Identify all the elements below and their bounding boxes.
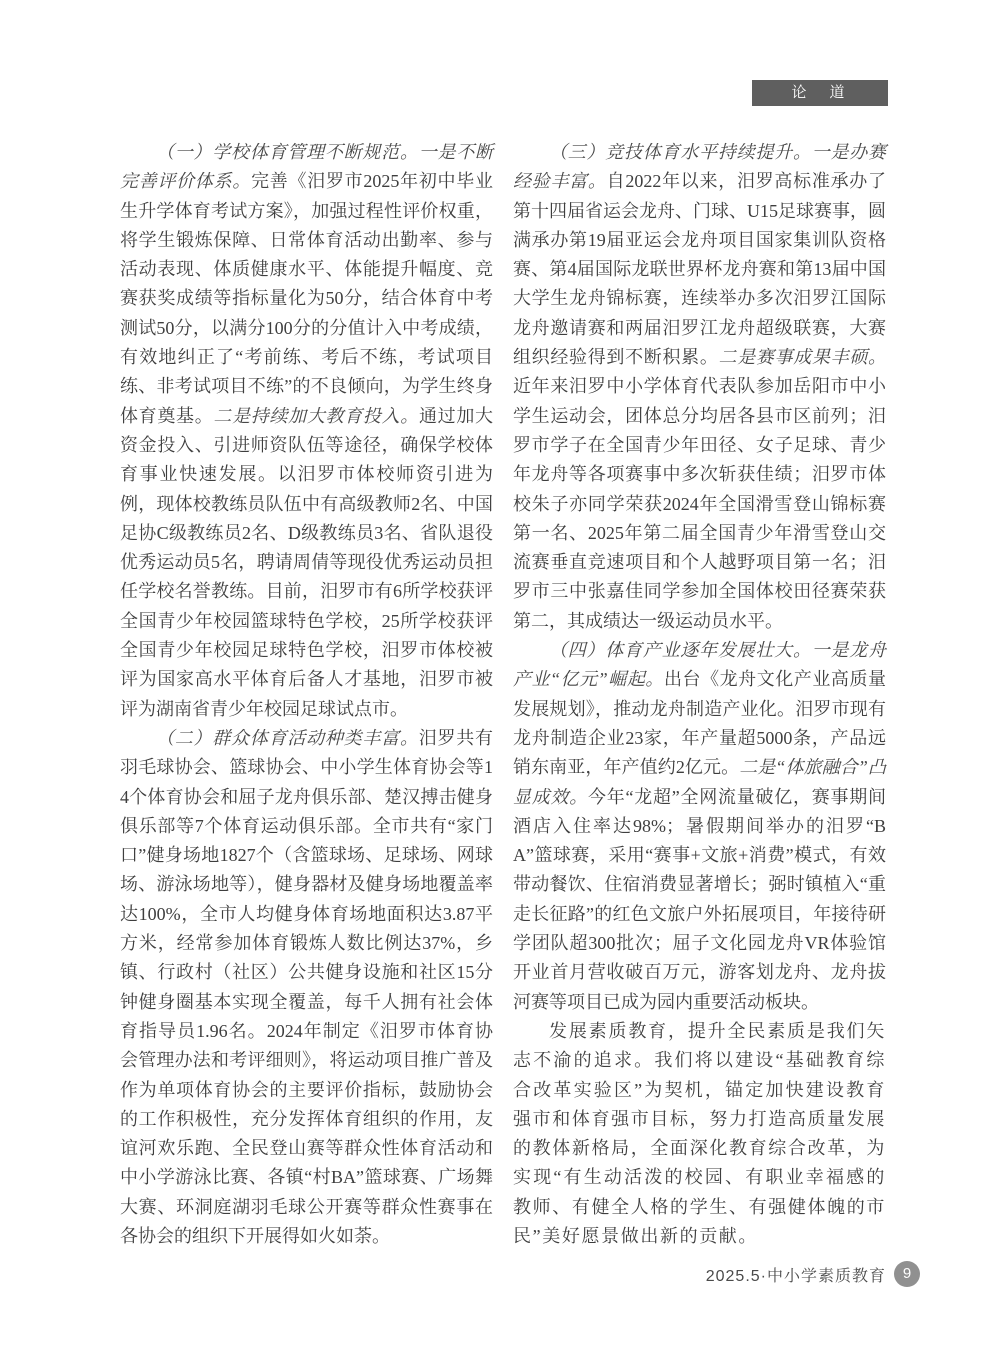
text-run: 通过加大资金投入、引进师资队伍等途径，确保学校体育事业快速发展。以汨罗市体校师资… [120,406,493,719]
column-right: （三）竞技体育水平持续提升。一是办赛经验丰富。自2022年以来，汨罗高标准承办了… [513,138,886,1251]
text-run: 完善《汨罗市2025年初中毕业生升学体育考试方案》，加强过程性评价权重，将学生锻… [120,171,493,425]
paragraph: （一）学校体育管理不断规范。一是不断完善评价体系。完善《汨罗市2025年初中毕业… [120,138,493,724]
text-run: 今年“龙超”全网流量破亿，赛事期间酒店入住率达98%；暑假期间举办的汨罗“BA”… [513,787,886,1012]
journal-info: 2025.5·中小学素质教育 [706,1263,886,1286]
text-run: 自2022年以来，汨罗高标准承办了第十四届省运会龙舟、门球、U15足球赛事，圆满… [513,171,886,367]
magazine-page: 论 道 （一）学校体育管理不断规范。一是不断完善评价体系。完善《汨罗市2025年… [0,0,992,1346]
paragraph: （三）竞技体育水平持续提升。一是办赛经验丰富。自2022年以来，汨罗高标准承办了… [513,138,886,636]
emphasis-run: 二是赛事成果丰硕。 [719,347,886,367]
column-left: （一）学校体育管理不断规范。一是不断完善评价体系。完善《汨罗市2025年初中毕业… [120,138,493,1251]
page-footer: 2025.5·中小学素质教育 9 [706,1260,920,1288]
paragraph: （四）体育产业逐年发展壮大。一是龙舟产业“亿元”崛起。出台《龙舟文化产业高质量发… [513,636,886,1017]
text-run: 近年来汨罗中小学体育代表队参加岳阳市中小学生运动会，团体总分均居各县市区前列；汨… [513,376,886,630]
paragraph: 发展素质教育，提升全民素质是我们矢志不渝的追求。我们将以建设“基础教育综合改革实… [513,1017,886,1251]
page-number-badge: 9 [894,1261,920,1287]
text-run: 汨罗共有羽毛球协会、篮球协会、中小学生体育协会等14个体育协会和屈子龙舟俱乐部、… [120,728,493,1246]
emphasis-run: 二是持续加大教育投入。 [213,406,419,426]
emphasis-run: （二）群众体育活动种类丰富。 [156,728,419,748]
text-run: 发展素质教育，提升全民素质是我们矢志不渝的追求。我们将以建设“基础教育综合改革实… [513,1021,886,1246]
article-body: （一）学校体育管理不断规范。一是不断完善评价体系。完善《汨罗市2025年初中毕业… [120,138,886,1251]
section-badge: 论 道 [752,80,888,106]
paragraph: （二）群众体育活动种类丰富。汨罗共有羽毛球协会、篮球协会、中小学生体育协会等14… [120,724,493,1251]
